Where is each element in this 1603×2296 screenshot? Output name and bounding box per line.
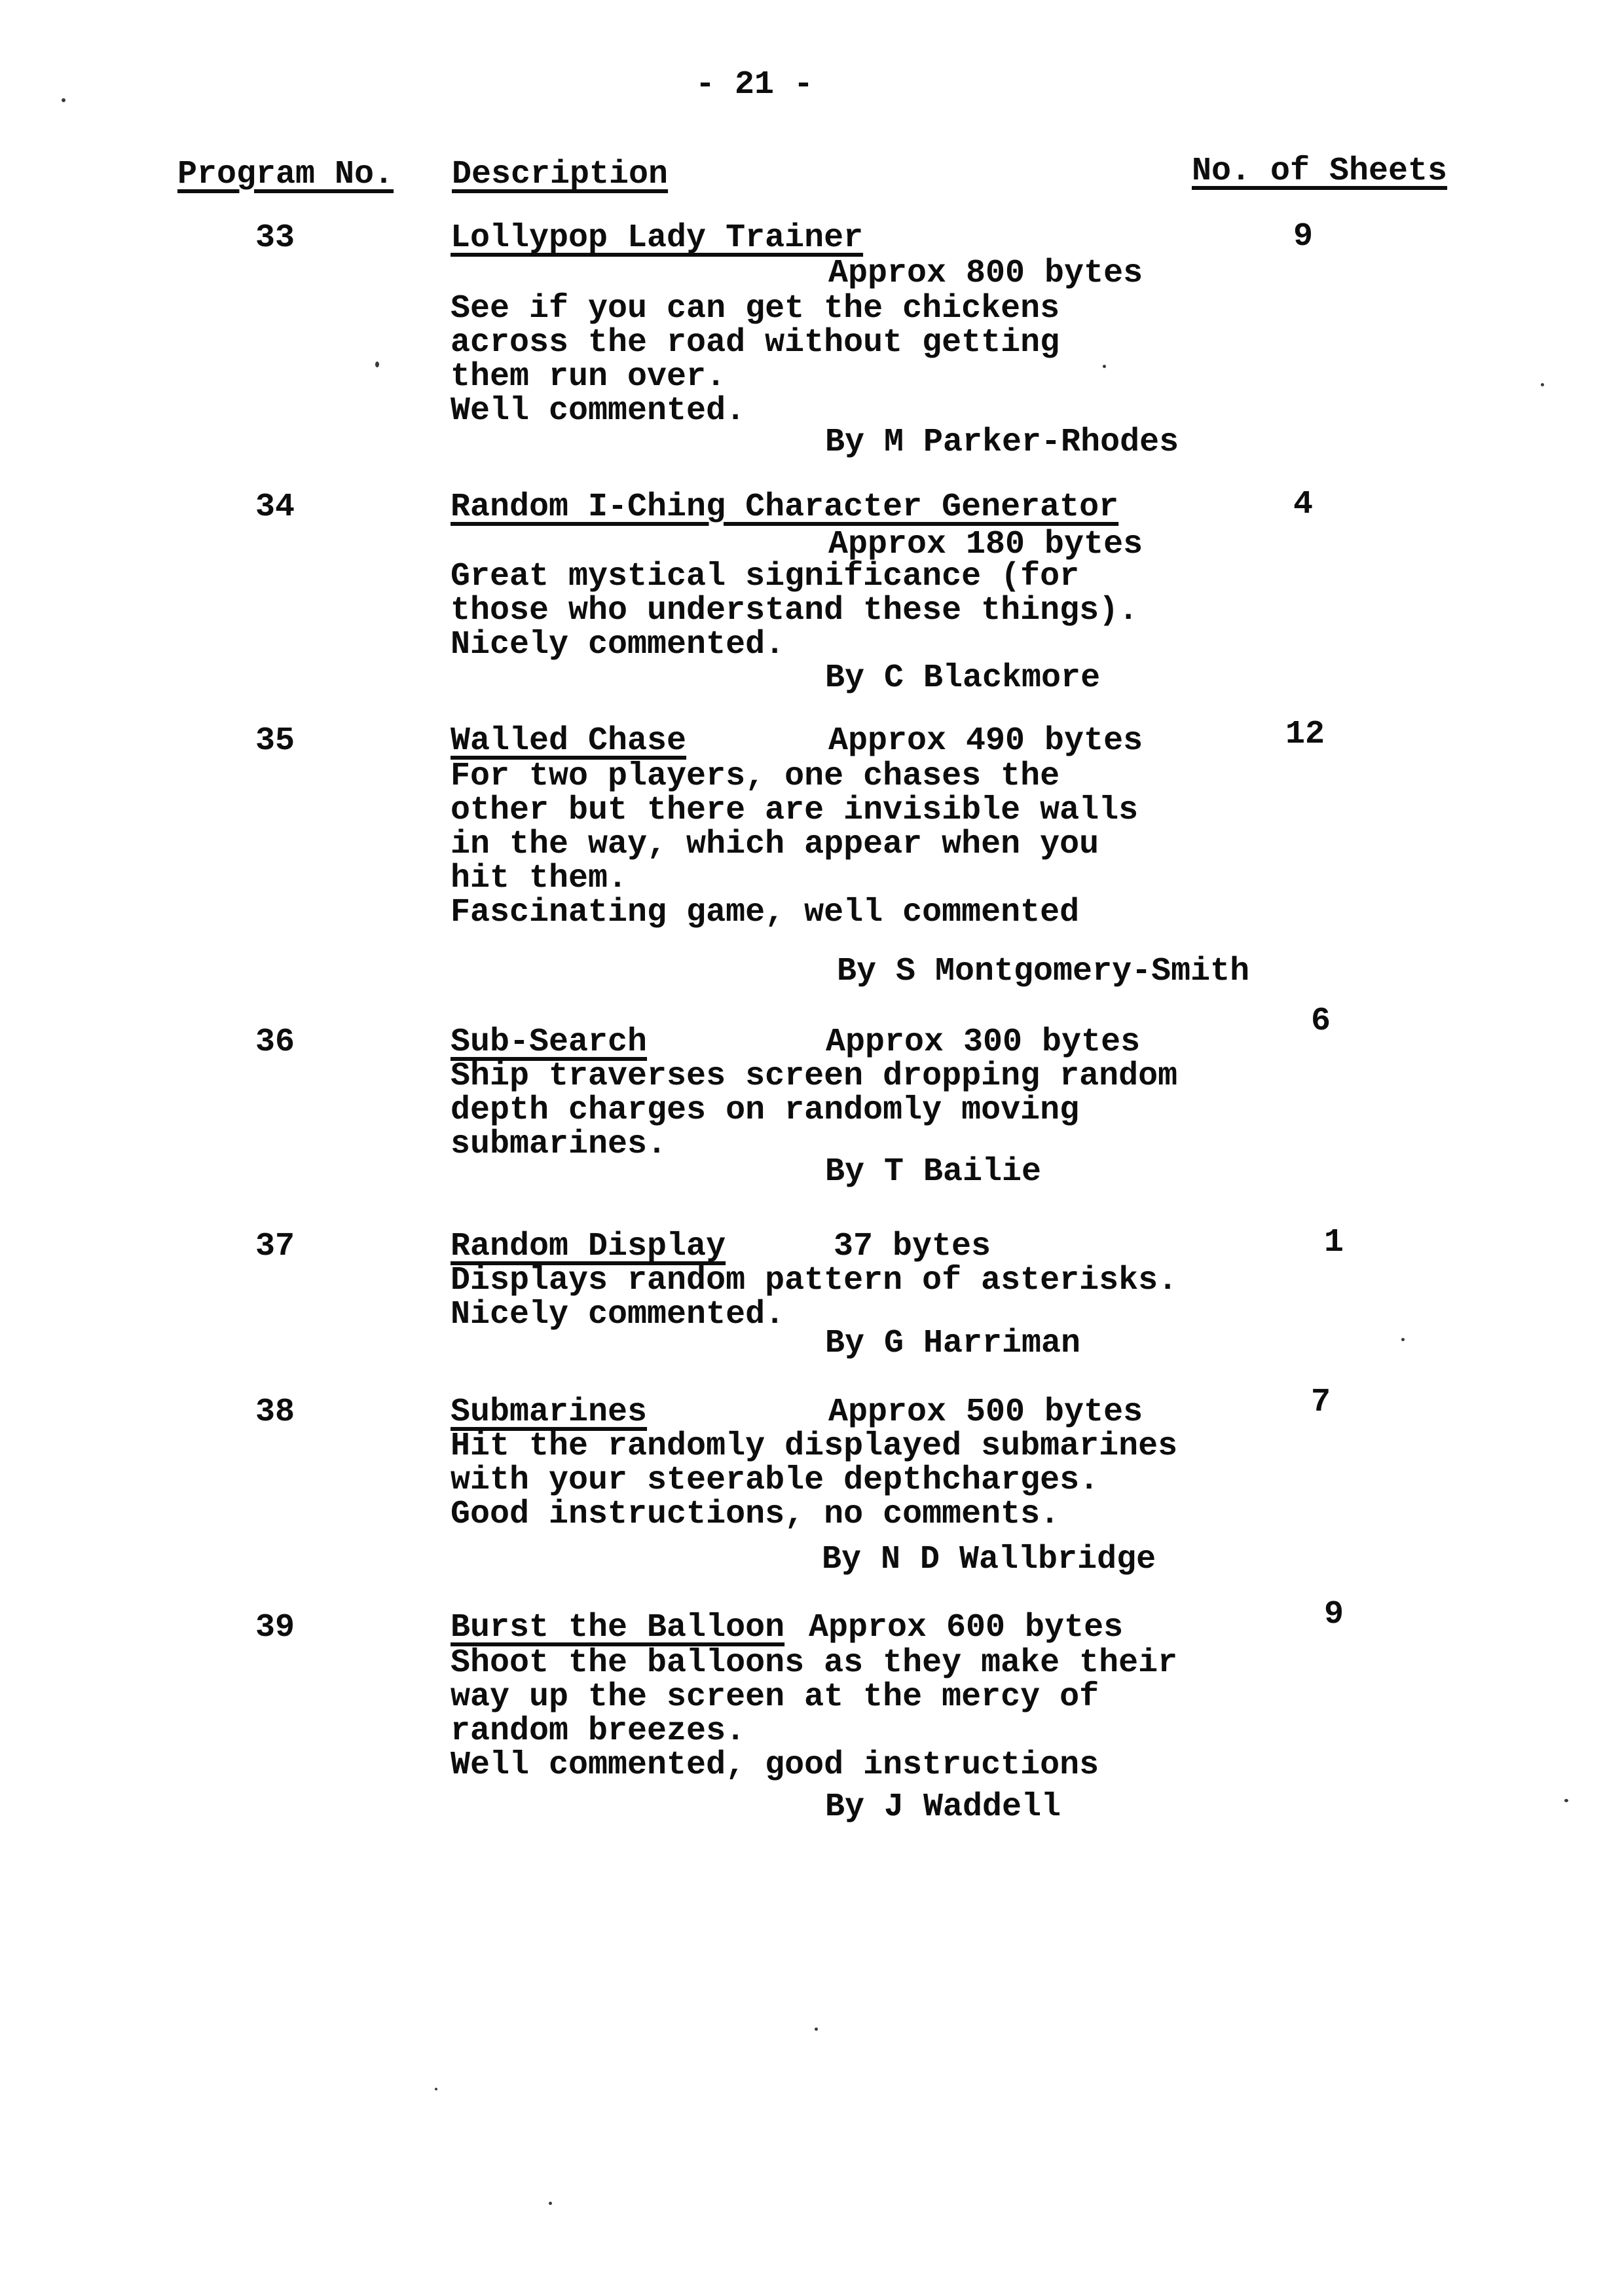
scan-speck [62, 98, 65, 102]
program-number: 36 [255, 1026, 295, 1060]
sheets-count: 1 [1324, 1226, 1344, 1260]
scan-speck [549, 2202, 552, 2205]
program-number: 35 [255, 724, 295, 758]
scan-speck [1564, 1799, 1568, 1802]
scan-speck [815, 2028, 818, 2031]
program-size: Approx 500 bytes [828, 1396, 1143, 1430]
page-number: - 21 - [695, 68, 813, 102]
sheets-count: 7 [1311, 1386, 1331, 1420]
column-header-sheets: No. of Sheets [1192, 155, 1447, 189]
program-byline: By M Parker-Rhodes [825, 426, 1179, 460]
program-title: Burst the Balloon [451, 1611, 784, 1645]
program-byline: By J Waddell [825, 1790, 1061, 1824]
program-byline: By T Bailie [825, 1155, 1041, 1189]
program-byline: By G Harriman [825, 1327, 1080, 1361]
program-title: Random I-Ching Character Generator [451, 491, 1118, 525]
scan-speck [1541, 383, 1544, 386]
program-number: 34 [255, 491, 295, 525]
document-page: - 21 - Program No. Description No. of Sh… [0, 0, 1603, 2296]
column-header-description: Description [452, 158, 668, 192]
program-description: Great mystical significance (for those w… [451, 560, 1138, 662]
program-size: Approx 490 bytes [828, 724, 1143, 758]
sheets-count: 9 [1324, 1598, 1344, 1632]
sheets-count: 12 [1285, 718, 1325, 752]
program-description: Ship traverses screen dropping random de… [451, 1060, 1177, 1162]
program-title: Sub-Search [451, 1026, 647, 1060]
sheets-count: 9 [1293, 220, 1313, 254]
program-description: Hit the randomly displayed submarines wi… [451, 1430, 1177, 1532]
program-title: Random Display [451, 1230, 726, 1264]
program-byline: By S Montgomery-Smith [837, 955, 1249, 989]
program-size: 37 bytes [834, 1230, 991, 1264]
program-byline: By C Blackmore [825, 661, 1100, 695]
program-title: Walled Chase [451, 724, 686, 758]
program-size: Approx 300 bytes [826, 1026, 1140, 1060]
program-number: 39 [255, 1611, 295, 1645]
column-header-program-no: Program No. [177, 158, 394, 192]
scan-speck [435, 2088, 437, 2090]
program-size: Approx 180 bytes [828, 528, 1143, 562]
program-title: Lollypop Lady Trainer [451, 221, 863, 255]
program-byline: By N D Wallbridge [822, 1543, 1156, 1577]
scan-speck [375, 361, 379, 367]
program-description: Shoot the balloons as they make their wa… [451, 1646, 1177, 1783]
scan-speck [1401, 1338, 1405, 1341]
program-number: 33 [255, 221, 295, 255]
program-number: 38 [255, 1396, 295, 1430]
program-number: 37 [255, 1230, 295, 1264]
sheets-count: 4 [1293, 488, 1313, 522]
program-description: See if you can get the chickens across t… [451, 292, 1059, 428]
program-size: Approx 600 bytes [809, 1611, 1123, 1645]
scan-speck [1103, 365, 1106, 368]
program-title: Submarines [451, 1396, 647, 1430]
sheets-count: 6 [1311, 1005, 1331, 1039]
program-size: Approx 800 bytes [828, 257, 1143, 291]
program-description: For two players, one chases the other bu… [451, 760, 1138, 930]
program-description: Displays random pattern of asterisks. Ni… [451, 1264, 1177, 1332]
